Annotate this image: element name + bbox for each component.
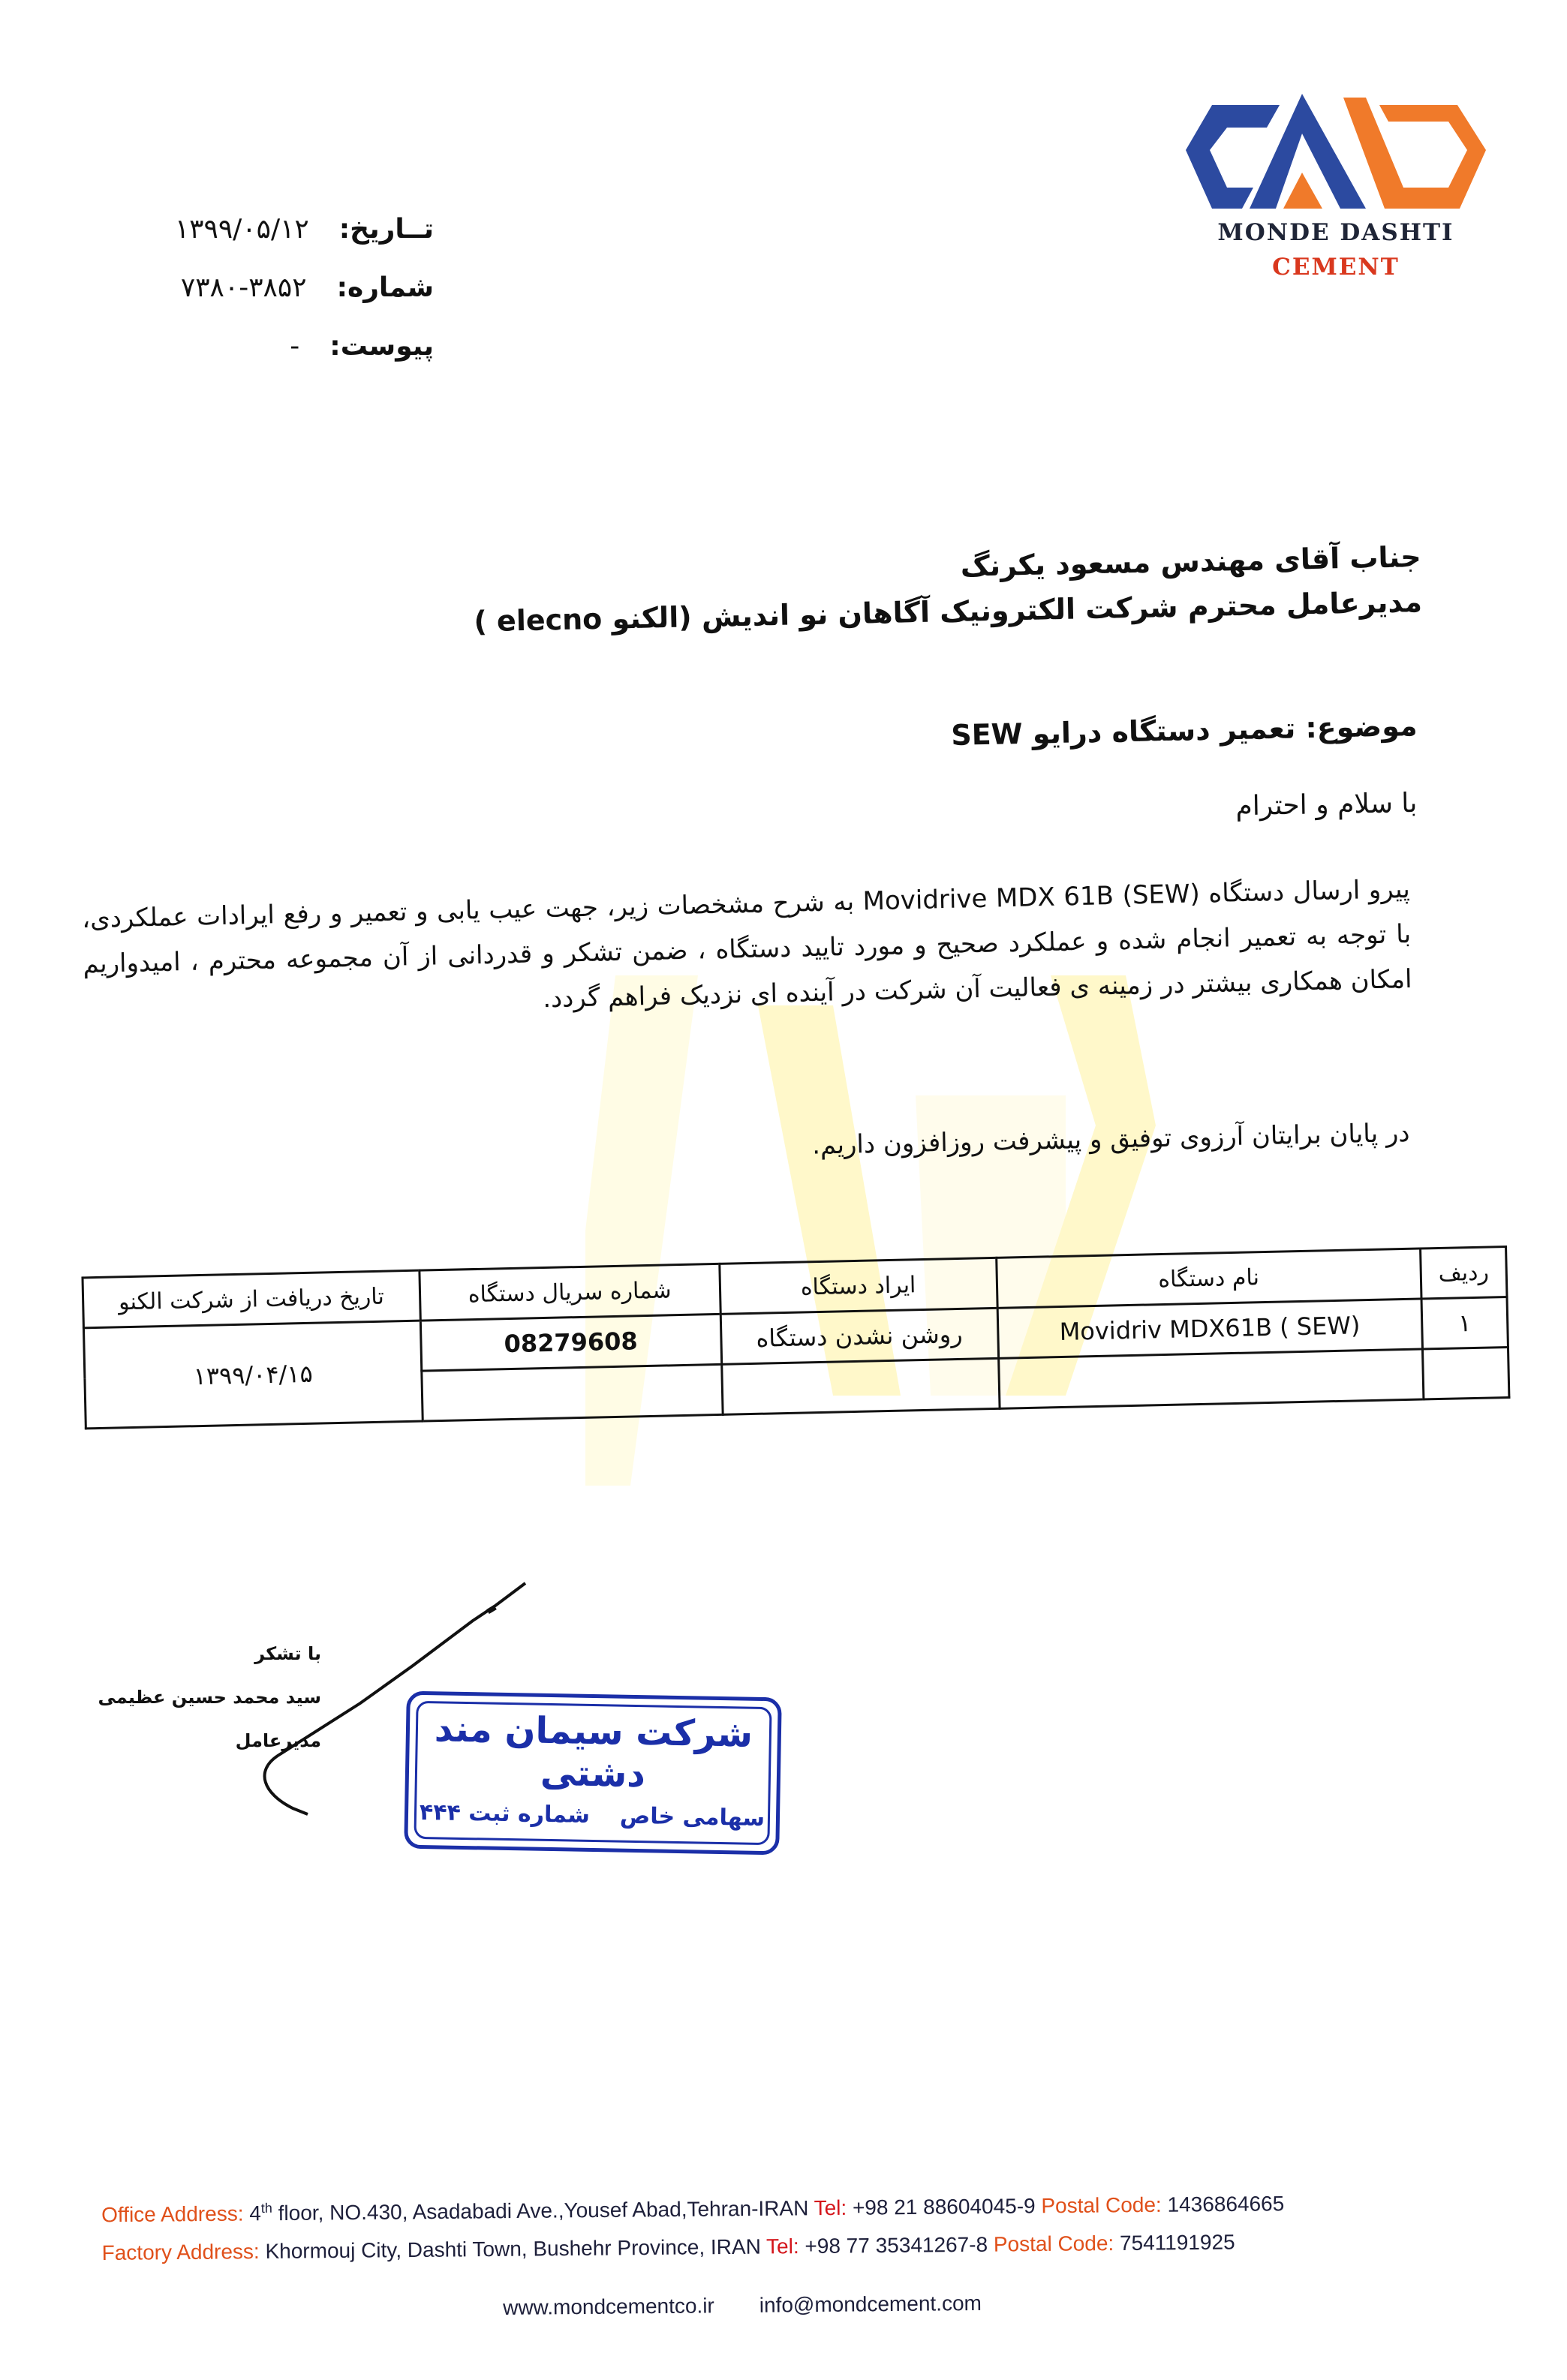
subject-label: موضوع:: [1305, 709, 1418, 744]
attachment-value: -: [290, 331, 299, 362]
logo-mark-icon: [1178, 75, 1493, 218]
date-label: تــاریخ:: [339, 214, 434, 245]
device-table-wrapper: ردیف نام دستگاه ایراد دستگاه شماره سریال…: [81, 1246, 1510, 1429]
factory-postal-code: 7541191925: [1114, 2231, 1235, 2255]
subject-line: موضوع: تعمیر دستگاه درایو SEW: [516, 709, 1418, 761]
stamp-inner: شرکت سیمان مند دشتی سهامی خاص شماره ثبت …: [414, 1701, 771, 1845]
cell-device-name: Movidriv MDX61B ( SEW): [997, 1299, 1423, 1358]
cell-empty: [998, 1349, 1424, 1408]
date-value: ۱۳۹۹/۰۵/۱۲: [175, 214, 309, 245]
stamp-company-name: شرکت سیمان مند دشتی: [417, 1708, 770, 1798]
meta-number-row: شماره: ۷۳۸۰-۳۸۵۲: [175, 272, 434, 331]
header-device-fault: ایراد دستگاه: [719, 1258, 997, 1314]
meta-attachment-row: پیوست: -: [175, 331, 434, 389]
footer-links: www.mondcementco.ir info@mondcement.com: [503, 2291, 982, 2320]
cell-received-date: ۱۳۹۹/۰۴/۱۵: [83, 1321, 422, 1429]
website-link[interactable]: www.mondcementco.ir: [503, 2294, 714, 2320]
greeting: با سلام و احترام: [817, 788, 1418, 829]
stamp-company-type: سهامی خاص: [620, 1803, 765, 1832]
office-postal-code: 1436864665: [1162, 2192, 1285, 2216]
cell-device-fault: روشن نشدن دستگاه: [720, 1308, 998, 1364]
device-table: ردیف نام دستگاه ایراد دستگاه شماره سریال…: [81, 1246, 1510, 1429]
signatory-name: سید محمد حسین عظیمی: [98, 1675, 322, 1719]
letterhead-footer: Office Address: 4th floor, NO.430, Asada…: [101, 2189, 1513, 2280]
office-floor-suffix: th: [261, 2201, 272, 2216]
stamp-details: سهامی خاص شماره ثبت ۴۴۴: [417, 1799, 768, 1832]
stamp-registration-number: شماره ثبت ۴۴۴: [420, 1799, 591, 1829]
header-device-name: نام دستگاه: [996, 1249, 1421, 1308]
logo-text-cement: CEMENT: [1178, 254, 1493, 281]
factory-tel: +98 77 35341267-8: [799, 2233, 994, 2258]
office-address: floor, NO.430, Asadabadi Ave.,Yousef Aba…: [272, 2196, 814, 2225]
factory-tel-label: Tel:: [766, 2234, 799, 2258]
office-tel: +98 21 88604045-9: [847, 2194, 1042, 2219]
body-paragraph: پیرو ارسال دستگاه Movidrive MDX 61B (SEW…: [81, 867, 1412, 1032]
office-address-label: Office Address:: [101, 2202, 244, 2227]
cell-empty: [721, 1358, 999, 1414]
cell-index: ۱: [1421, 1297, 1508, 1349]
office-postal-label: Postal Code:: [1041, 2193, 1162, 2218]
attachment-label: پیوست:: [329, 331, 434, 362]
meta-date-row: تــاریخ: ۱۳۹۹/۰۵/۱۲: [175, 214, 434, 272]
company-stamp: شرکت سیمان مند دشتی سهامی خاص شماره ثبت …: [404, 1691, 782, 1856]
factory-address-label: Factory Address:: [101, 2240, 259, 2264]
addressee-block: جناب آقای مهندس مسعود یکرنگ مدیرعامل محت…: [295, 534, 1422, 648]
closing-line: در پایان برایتان آرزوی توفیق و پیشرفت رو…: [509, 1118, 1410, 1167]
signatory-title: مدیرعامل: [98, 1719, 322, 1762]
cell-empty: [1422, 1348, 1508, 1399]
header-index: ردیف: [1421, 1247, 1507, 1299]
number-value: ۷۳۸۰-۳۸۵۲: [181, 272, 307, 303]
company-logo: MONDE DASHTI CEMENT: [1178, 75, 1493, 293]
subject-text: تعمیر دستگاه درایو SEW: [951, 711, 1296, 752]
header-serial-number: شماره سریال دستگاه: [419, 1264, 720, 1321]
email-link[interactable]: info@mondcement.com: [759, 2291, 982, 2318]
cell-empty: [421, 1364, 722, 1421]
office-floor-number: 4: [249, 2201, 261, 2225]
letter-meta: تــاریخ: ۱۳۹۹/۰۵/۱۲ شماره: ۷۳۸۰-۳۸۵۲ پیو…: [175, 214, 434, 389]
office-tel-label: Tel:: [814, 2196, 847, 2219]
signature-block: با تشکر سید محمد حسین عظیمی مدیرعامل: [98, 1632, 322, 1762]
cell-serial-number: 08279608: [420, 1314, 721, 1371]
factory-postal-label: Postal Code:: [994, 2231, 1114, 2256]
number-label: شماره:: [337, 272, 434, 303]
header-received-date: تاریخ دریافت از شرکت الکنو: [83, 1270, 420, 1328]
factory-address: Khormouj City, Dashti Town, Bushehr Prov…: [260, 2234, 767, 2262]
logo-text-monde-dashti: MONDE DASHTI: [1178, 219, 1493, 246]
signature-thanks: با تشکر: [98, 1632, 322, 1675]
